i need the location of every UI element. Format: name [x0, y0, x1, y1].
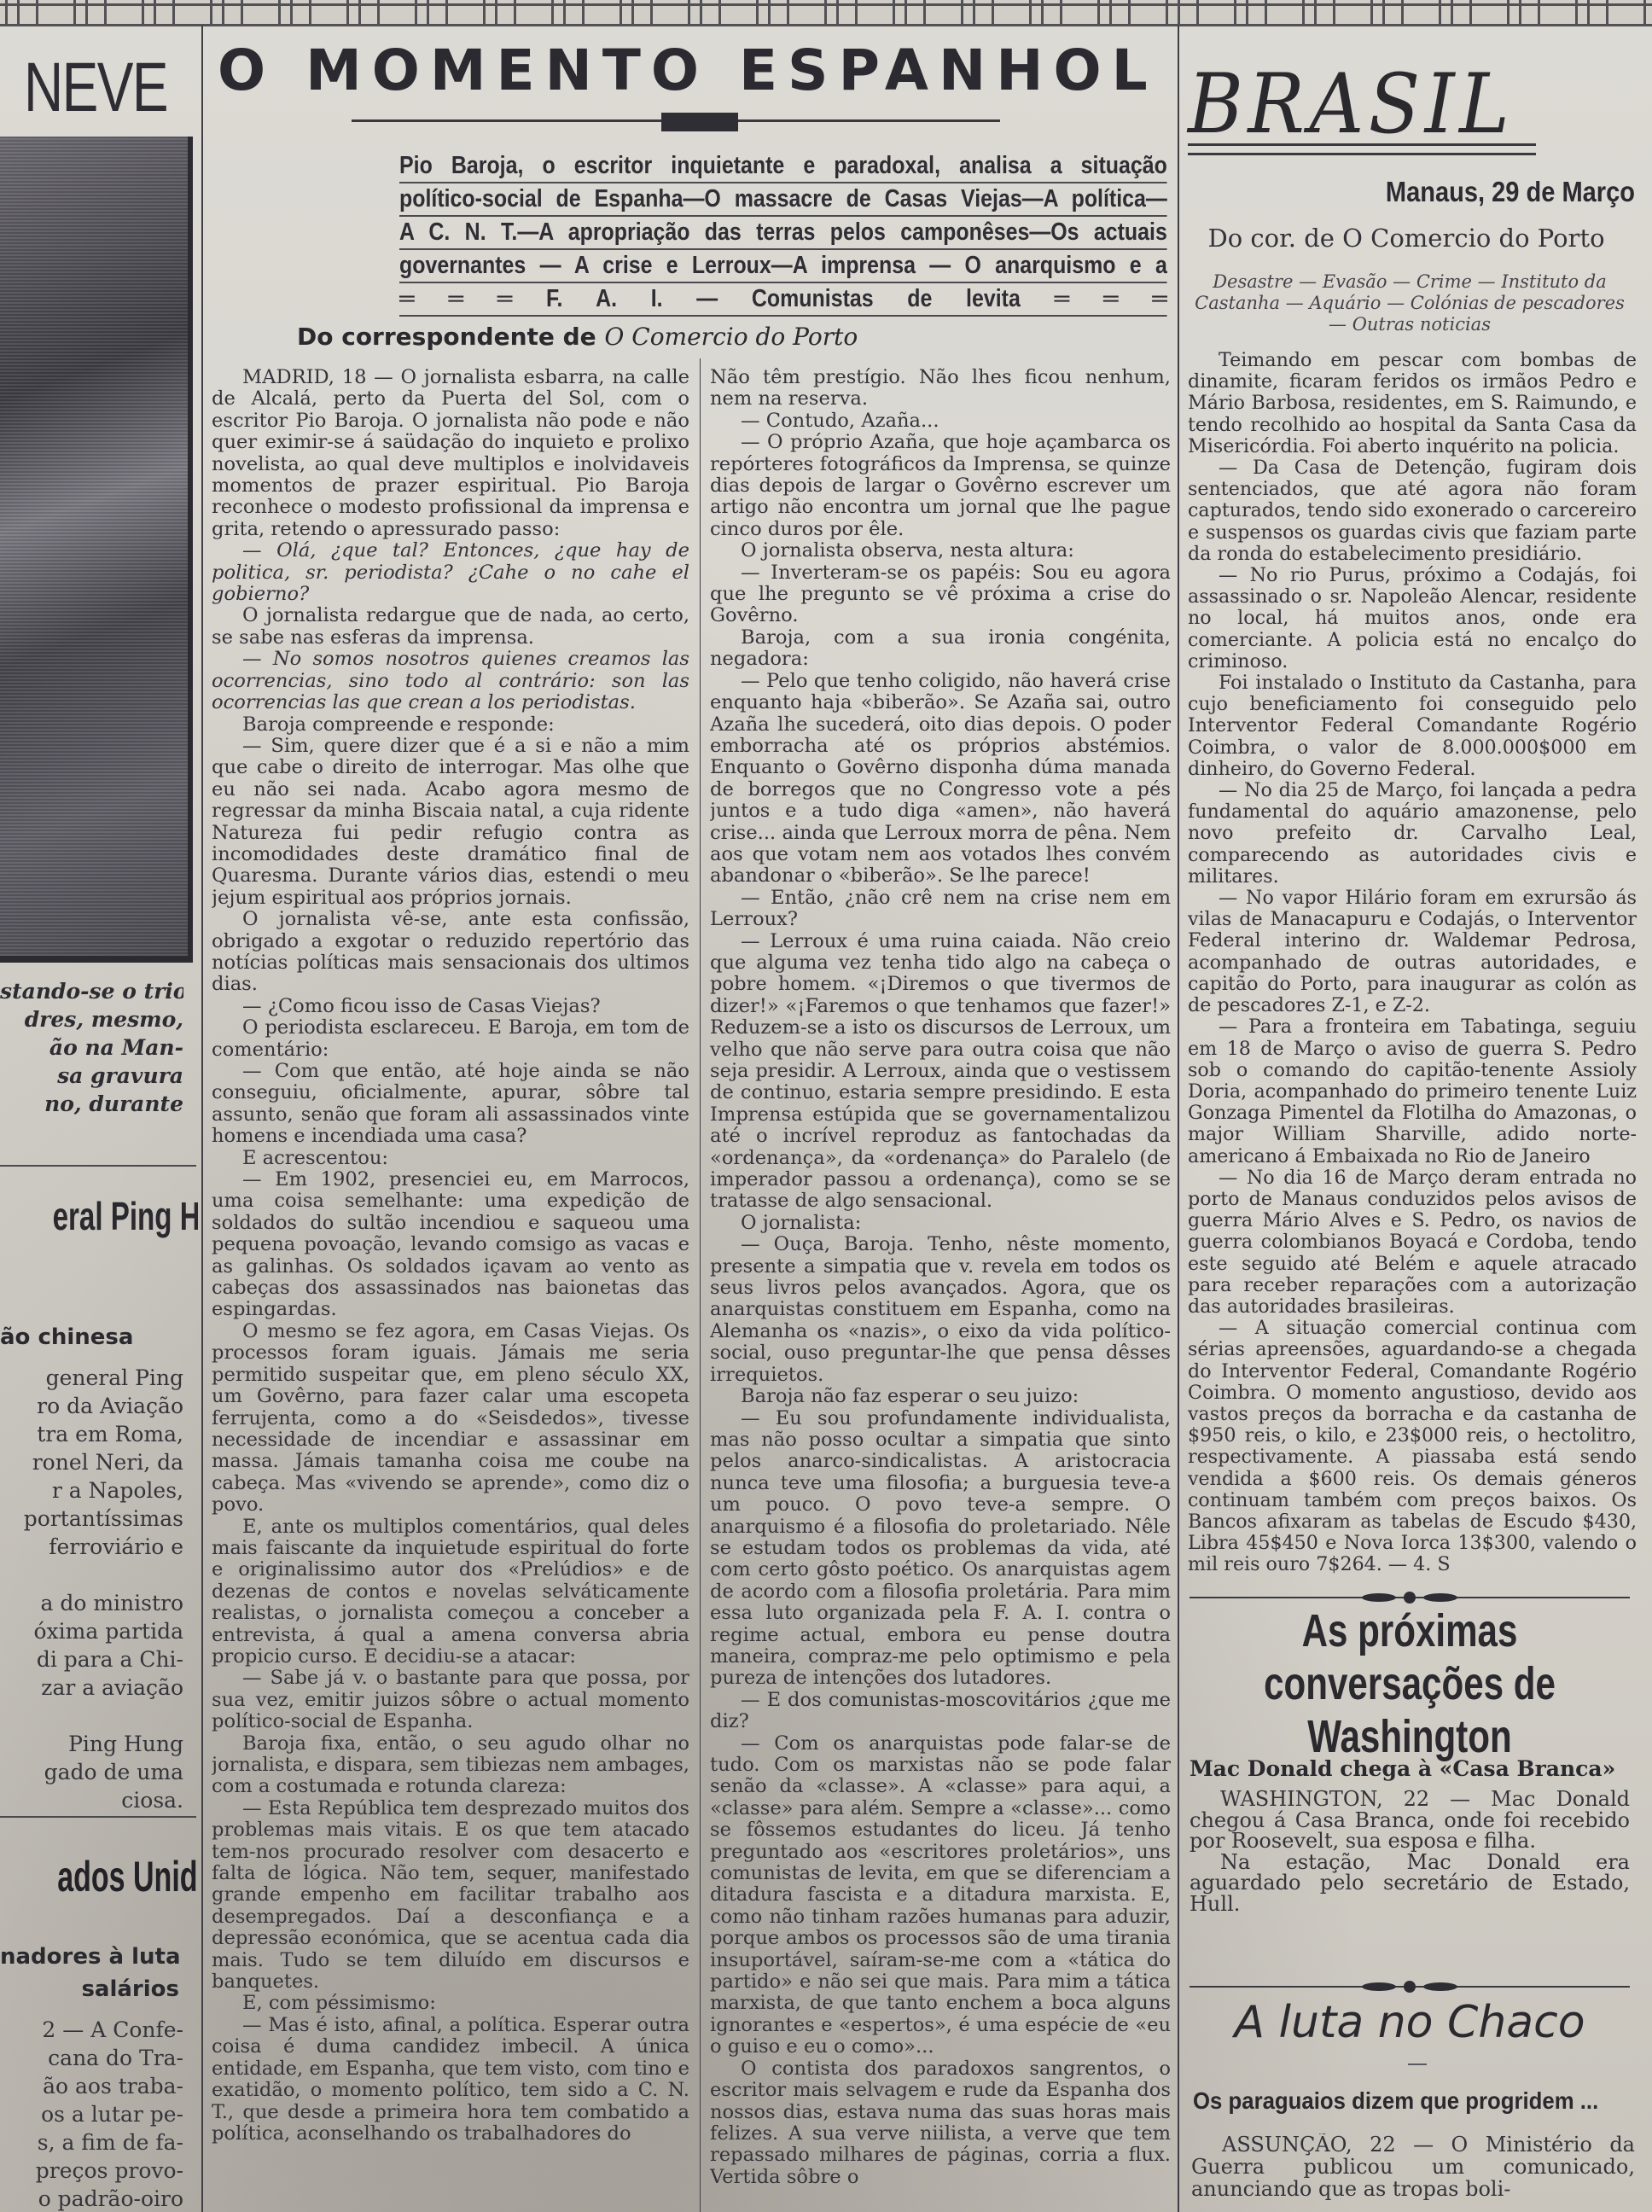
body-line: portantíssimas — [0, 1505, 183, 1533]
paragraph: O jornalista observa, nesta altura: — [710, 540, 1171, 562]
paragraph: — No somos nosotros quienes creamos las … — [212, 649, 689, 713]
body-line: os a lutar pe- — [0, 2100, 183, 2128]
caption-line: dres, mesmo, — [0, 1005, 183, 1033]
ornament-dot — [1404, 1981, 1416, 1993]
subhead-line: salários — [0, 1973, 179, 2005]
deck-line: Pio Baroja, o escritor inquietante e par… — [399, 150, 1167, 183]
body-line: ciosa. — [0, 1786, 183, 1814]
paragraph: — Sabe já v. o bastante para que possa, … — [212, 1668, 689, 1732]
chaco-body: ASSUNÇÃO, 22 — O Ministério da Guerra pu… — [1191, 2133, 1635, 2212]
deck-line: A C. N. T.—A apropriação das terras pelo… — [399, 217, 1167, 250]
paragraph: O contista dos paradoxos sangrentos, o e… — [710, 2058, 1171, 2188]
paragraph: O jornalista: — [710, 1213, 1171, 1234]
ornamental-divider — [1190, 1978, 1630, 1995]
paragraph: E, com péssimismo: — [212, 1993, 689, 2014]
body-line: óxima partida — [0, 1617, 183, 1645]
paragraph: E, ante os multiplos comentários, qual d… — [212, 1516, 689, 1668]
brasil-summary: Desastre — Evasão — Crime — Instituto da… — [1188, 271, 1632, 335]
small-divider — [1408, 2064, 1427, 2065]
paragraph: — A situação comercial continua com séri… — [1188, 1318, 1637, 1575]
body-line: tra em Roma, — [0, 1420, 183, 1448]
article-deck: Pio Baroja, o escritor inquietante e par… — [399, 150, 1169, 317]
body-line: ro da Aviação — [0, 1392, 183, 1420]
section-divider — [0, 1816, 196, 1818]
caption-line: sa gravura — [0, 1062, 183, 1090]
body-line — [0, 1561, 183, 1589]
ornament-lobe — [1362, 1593, 1396, 1602]
washington-body: WASHINGTON, 22 — Mac Donald chegou á Cas… — [1190, 1789, 1630, 1942]
body-line: o padrão-oiro — [0, 2185, 183, 2212]
paragraph: — Ouça, Baroja. Tenho, nêste momento, pr… — [710, 1234, 1171, 1386]
body-line: Ping Hung — [0, 1730, 183, 1758]
byline-prefix: Do correspondente de — [297, 323, 596, 351]
paragraph: — O próprio Azaña, que hoje açambarca os… — [710, 432, 1171, 540]
body-line: ferroviário e — [0, 1533, 183, 1561]
brasil-body: Teimando em pescar com bombas de dinamit… — [1188, 350, 1637, 1604]
subhead-line: nadores à luta — [0, 1941, 179, 1973]
paragraph: — Lerroux é uma ruina caiada. Não creio … — [710, 931, 1171, 1213]
body-line: ão aos traba- — [0, 2072, 183, 2100]
deck-line: político-social de Espanha—O massacre de… — [399, 183, 1167, 217]
paragraph: Não têm prestígio. Não lhes ficou nenhum… — [710, 367, 1171, 410]
photo-caption: stando-se o triodres, mesmo,ão na Man-sa… — [0, 977, 183, 1118]
paragraph: Baroja fixa, então, o seu agudo olhar no… — [212, 1733, 689, 1798]
paragraph: — Então, ¿não crê nem na crise nem em Le… — [710, 888, 1171, 931]
paragraph: — No rio Purus, próximo a Codajás, foi a… — [1188, 565, 1637, 672]
washington-subhead: Mac Donald chega à «Casa Branca» — [1190, 1756, 1633, 1781]
brasil-title: BRASIL — [1188, 56, 1514, 152]
body-line: ronel Neri, da — [0, 1448, 183, 1476]
paragraph: Baroja não faz esperar o seu juizo: — [710, 1386, 1171, 1407]
body-line: s, a fim de fa- — [0, 2128, 183, 2157]
paragraph: — Esta República tem desprezado muitos d… — [212, 1798, 689, 1994]
ping-hung-headline: eral Ping Hung — [53, 1193, 188, 1239]
paragraph: WASHINGTON, 22 — Mac Donald chegou á Cas… — [1190, 1789, 1630, 1852]
body-line: di para a Chi- — [0, 1645, 183, 1674]
paragraph: — Com os anarquistas pode falar-se de tu… — [710, 1733, 1171, 2058]
body-line: gado de uma — [0, 1758, 183, 1786]
column-rule — [1178, 26, 1179, 2212]
caption-line: ão na Man- — [0, 1033, 183, 1062]
paragraph: — Contudo, Azaña... — [710, 410, 1171, 432]
paragraph: Baroja compreende e responde: — [212, 714, 689, 736]
eua-body: 2 — A Confe-cana do Tra-ão aos traba-os … — [0, 2016, 183, 2212]
article-byline: Do correspondente de O Comercio do Porto — [297, 323, 858, 351]
paragraph: — Da Casa de Detenção, fugiram dois sent… — [1188, 457, 1637, 565]
brasil-dateline: Manaus, 29 de Março — [1232, 176, 1635, 208]
truncated-headline: NEVE — [24, 48, 167, 128]
title-ornament — [661, 113, 738, 131]
paragraph: — Mas é isto, afinal, a política. Espera… — [212, 2015, 689, 2145]
ornamental-top-border — [0, 0, 1652, 26]
article-title: O MOMENTO ESPANHOL — [218, 38, 1158, 103]
paragraph: Foi instalado o Instituto da Castanha, p… — [1188, 672, 1637, 780]
paragraph: Baroja, com a sua ironia congénita, nega… — [710, 627, 1171, 671]
deck-line: governantes — A crise e Lerroux—A impren… — [399, 250, 1167, 283]
caption-line: no, durante — [0, 1090, 183, 1118]
brasil-correspondent: Do cor. de O Comercio do Porto — [1178, 224, 1635, 253]
paragraph: MADRID, 18 — O jornalista esbarra, na ca… — [212, 367, 689, 540]
paragraph: — Para a fronteira em Tabatinga, seguiu … — [1188, 1016, 1637, 1167]
ornament-lobe — [1423, 1593, 1457, 1602]
paragraph: — Eu sou profundamente individualista, m… — [710, 1408, 1171, 1690]
column-rule — [700, 358, 701, 2212]
paragraph: O mesmo se fez agora, em Casas Viejas. O… — [212, 1321, 689, 1516]
paragraph: — No dia 16 de Março deram entrada no po… — [1188, 1167, 1637, 1318]
body-line: general Ping — [0, 1364, 183, 1392]
ornamental-divider — [1190, 1589, 1630, 1606]
left-partial-column: NEVE stando-se o triodres, mesmo,ão na M… — [0, 26, 198, 2212]
paragraph: Na estação, Mac Donald era aguardado pel… — [1190, 1852, 1630, 1915]
paragraph: — Em 1902, presenciei eu, em Marrocos, u… — [212, 1169, 689, 1321]
paragraph: O periodista esclareceu. E Baroja, em to… — [212, 1017, 689, 1061]
paragraph: Teimando em pescar com bombas de dinamit… — [1188, 350, 1637, 457]
eua-subhead: nadores à lutasalários — [0, 1941, 179, 2005]
paragraph: O jornalista redargue que de nada, ao ce… — [212, 605, 689, 649]
column-rule — [201, 26, 203, 2212]
body-line: zar a aviação — [0, 1674, 183, 1702]
body-line: r a Napoles, — [0, 1476, 183, 1505]
newspaper-page: NEVE stando-se o triodres, mesmo,ão na M… — [0, 0, 1652, 2212]
washington-headline: As próximas conversações de Washington — [1236, 1604, 1583, 1763]
ornament-dot — [1404, 1592, 1416, 1604]
paragraph: — ¿Como ficou isso de Casas Viejas? — [212, 996, 689, 1017]
paragraph: — Pelo que tenho coligido, não haverá cr… — [710, 671, 1171, 888]
paragraph: O jornalista vê-se, ante esta confissão,… — [212, 909, 689, 996]
paragraph: — No vapor Hilário foram em exrursão ás … — [1188, 888, 1637, 1016]
body-line: a do ministro — [0, 1589, 183, 1617]
paragraph: — Com que então, até hoje ainda se não c… — [212, 1061, 689, 1148]
deck-line: ═ ═ ═ F. A. I. — Comunistas de levita ═ … — [399, 283, 1167, 317]
body-line: 2 — A Confe- — [0, 2016, 183, 2044]
body-line: cana do Tra- — [0, 2044, 183, 2072]
paragraph: — No dia 25 de Março, foi lançada a pedr… — [1188, 780, 1637, 888]
section-divider — [0, 1165, 196, 1167]
paragraph: — Olá, ¿que tal? Entonces, ¿que hay de p… — [212, 540, 689, 605]
paragraph: — E dos comunistas-moscovitários ¿que me… — [710, 1690, 1171, 1733]
brasil-rule — [1188, 143, 1536, 155]
ping-hung-body: general Pingro da Aviaçãotra em Roma,ron… — [0, 1364, 183, 1814]
article-column-2: Não têm prestígio. Não lhes ficou nenhum… — [710, 367, 1171, 2210]
article-column-1: MADRID, 18 — O jornalista esbarra, na ca… — [212, 367, 689, 2210]
ping-hung-subhead: ão chinesa — [0, 1324, 183, 1350]
ornament-lobe — [1362, 1982, 1396, 1991]
body-line: preços provo- — [0, 2157, 183, 2185]
chaco-headline: A luta no Chaco — [1188, 1997, 1632, 2048]
byline-paper: O Comercio do Porto — [604, 323, 858, 351]
chaco-subhead: Os paraguaios dizem que progridem ... — [1193, 2087, 1598, 2115]
body-line — [0, 1702, 183, 1730]
paragraph: — Sim, quere dizer que é a si e não a mi… — [212, 736, 689, 909]
paragraph: ASSUNÇÃO, 22 — O Ministério da Guerra pu… — [1191, 2133, 1635, 2200]
paragraph: — Inverteram-se os papéis: Sou eu agora … — [710, 562, 1171, 627]
caption-line: stando-se o trio — [0, 977, 183, 1005]
eua-headline: ados Unidos — [57, 1852, 179, 1901]
halftone-photograph — [0, 137, 193, 963]
ornament-lobe — [1423, 1982, 1457, 1991]
paragraph: E acrescentou: — [212, 1148, 689, 1169]
